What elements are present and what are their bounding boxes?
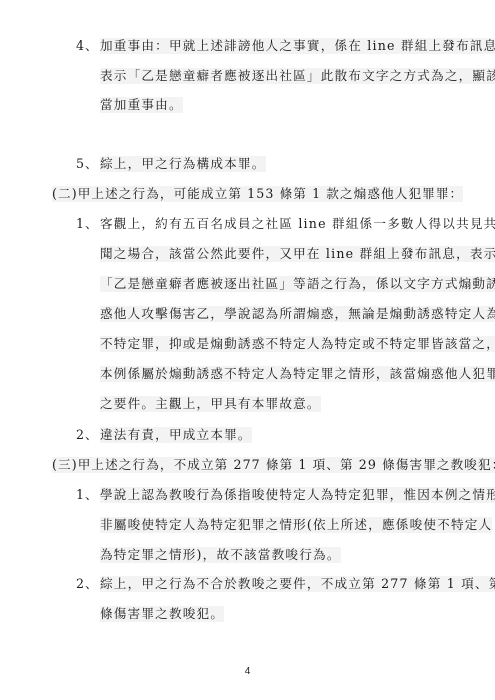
paragraph-line: 不特定罪，抑或是煽動誘惑不特定人為特定或不特定罪皆該當之， bbox=[100, 336, 495, 352]
paragraph-line: 當加重事由。 bbox=[100, 97, 183, 113]
item-number: 2、 bbox=[76, 427, 99, 443]
paragraph-line: 條傷害罪之教唆犯。 bbox=[100, 606, 224, 622]
paragraph-line: 本例係屬於煽動誘惑不特定人為特定罪之情形，該當煽惑他人犯罪 bbox=[100, 366, 495, 382]
item-number: 5、 bbox=[76, 156, 99, 172]
item-number: 1、 bbox=[76, 487, 99, 503]
paragraph-line: 違法有責，甲成立本罪。 bbox=[100, 427, 252, 443]
paragraph-line: 綜上，甲之行為不合於教唆之要件，不成立第 277 條第 1 項、第 29 bbox=[100, 576, 495, 592]
item-number: 1、 bbox=[76, 216, 99, 232]
paragraph-line: 綜上，甲之行為構成本罪。 bbox=[100, 156, 266, 172]
section-heading: (三)甲上述之行為，不成立第 277 條第 1 項、第 29 條傷害罪之教唆犯： bbox=[52, 457, 495, 473]
item-number: 4、 bbox=[76, 38, 99, 54]
item-number: 2、 bbox=[76, 576, 99, 592]
paragraph-line: 非屬唆使特定人為特定犯罪之情形(依上所述，應係唆使不特定人 bbox=[100, 517, 492, 533]
paragraph-line: 「乙是戀童癖者應被逐出社區」等語之行為，係以文字方式煽動誘 bbox=[100, 276, 495, 292]
paragraph-line: 加重事由：甲就上述誹謗他人之事實，係在 line 群組上發布訊息， bbox=[100, 38, 495, 54]
section-heading: (二)甲上述之行為，可能成立第 153 條第 1 款之煽惑他人犯罪罪： bbox=[52, 186, 463, 202]
paragraph-line: 聞之場合，該當公然此要件，又甲在 line 群組上發布訊息，表示 bbox=[100, 246, 495, 262]
paragraph-line: 客觀上，約有五百名成員之社區 line 群組係一多數人得以共見共 bbox=[100, 216, 495, 232]
document-page: 4、 加重事由：甲就上述誹謗他人之事實，係在 line 群組上發布訊息， 表示「… bbox=[0, 0, 495, 700]
paragraph-line: 惑他人攻擊傷害乙，學說認為所謂煽惑，無論是煽動誘惑特定人為 bbox=[100, 306, 495, 322]
paragraph-line: 表示「乙是戀童癖者應被逐出社區」此散布文字之方式為之，顯該 bbox=[100, 68, 495, 84]
paragraph-line: 學說上認為教唆行為係指唆使特定人為特定犯罪，惟因本例之情形 bbox=[100, 487, 495, 503]
page-number: 4 bbox=[0, 666, 495, 677]
paragraph-line: 之要件。主觀上，甲具有本罪故意。 bbox=[100, 396, 321, 412]
paragraph-line: 為特定罪之情形)，故不該當教唆行為。 bbox=[100, 547, 341, 563]
